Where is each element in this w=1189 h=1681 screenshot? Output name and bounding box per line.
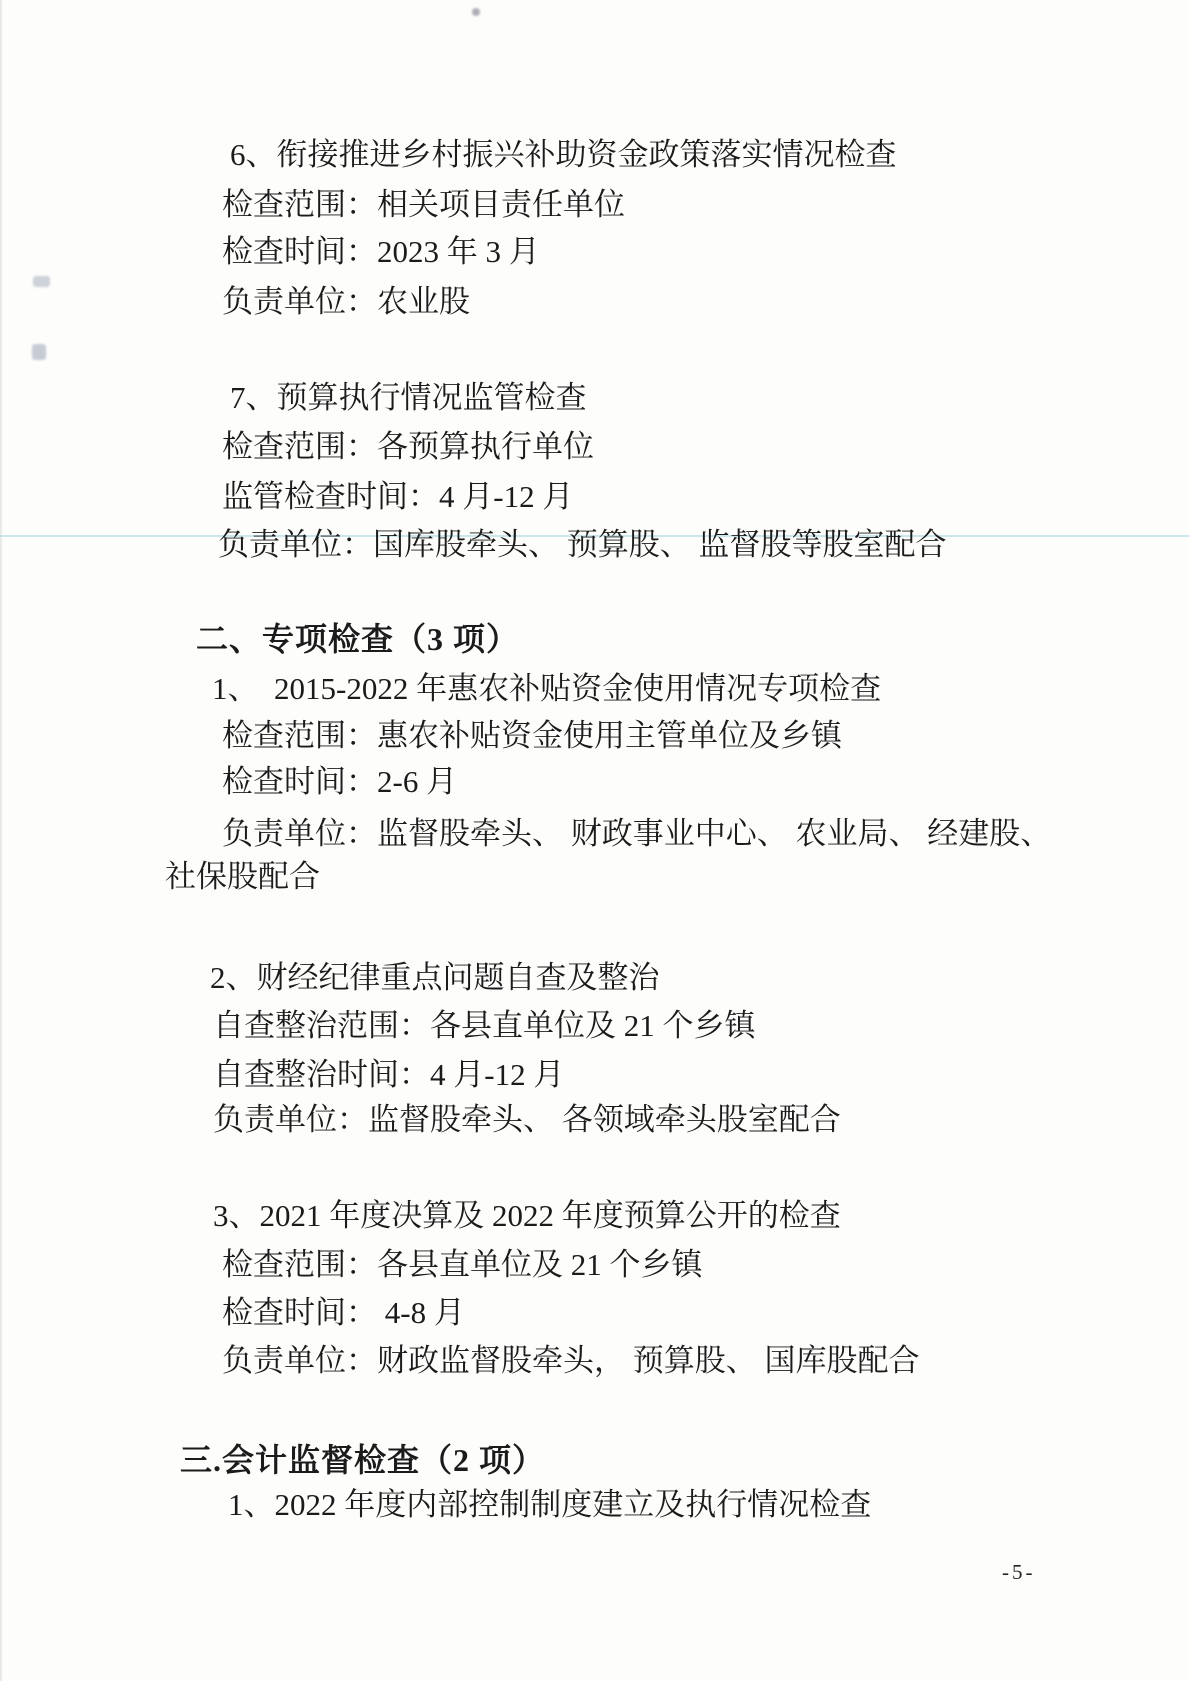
- item-7-title: 7、预算执行情况监管检查: [230, 380, 587, 416]
- accounting-item-1-title: 1、2022 年度内部控制制度建立及执行情况检查: [228, 1487, 871, 1523]
- special-item-2-time: 自查整治时间：4 月-12 月: [213, 1057, 564, 1093]
- special-item-3-time: 检查时间： 4-8 月: [222, 1295, 465, 1331]
- item-6-time: 检查时间：2023 年 3 月: [222, 234, 540, 270]
- section-3-heading: 三.会计监督检查（2 项）: [180, 1442, 545, 1478]
- item-7-scope: 检查范围：各预算执行单位: [222, 429, 594, 465]
- special-item-1-time: 检查时间：2-6 月: [222, 764, 457, 800]
- page-number: -5-: [1002, 1560, 1036, 1585]
- special-item-3-unit: 负责单位：财政监督股牵头， 预算股、 国库股配合: [222, 1343, 920, 1379]
- section-2-heading: 二、专项检查（3 项）: [196, 621, 519, 657]
- document-page: 6、衔接推进乡村振兴补助资金政策落实情况检查 检查范围：相关项目责任单位 检查时…: [0, 0, 1189, 1681]
- special-item-1-title: 1、 2015-2022 年惠农补贴资金使用情况专项检查: [212, 671, 881, 707]
- special-item-1-unit-wrap: 社保股配合: [165, 859, 320, 895]
- special-item-3-scope: 检查范围：各县直单位及 21 个乡镇: [222, 1247, 703, 1283]
- scan-page-edge: [0, 0, 3, 1681]
- scan-speck: [472, 8, 480, 16]
- item-6-unit: 负责单位：农业股: [222, 284, 470, 320]
- special-item-1-scope: 检查范围：惠农补贴资金使用主管单位及乡镇: [222, 718, 842, 754]
- scan-speck: [33, 276, 50, 287]
- item-6-title: 6、衔接推进乡村振兴补助资金政策落实情况检查: [230, 137, 897, 173]
- special-item-2-scope: 自查整治范围：各县直单位及 21 个乡镇: [213, 1008, 756, 1044]
- special-item-2-unit: 负责单位：监督股牵头、 各领域牵头股室配合: [213, 1102, 841, 1138]
- scan-speck: [32, 344, 46, 360]
- special-item-2-title: 2、财经纪律重点问题自查及整治: [210, 960, 660, 996]
- item-7-time: 监管检查时间：4 月-12 月: [222, 479, 573, 515]
- item-6-scope: 检查范围：相关项目责任单位: [222, 187, 625, 223]
- special-item-1-unit: 负责单位：监督股牵头、 财政事业中心、 农业局、 经建股、: [222, 816, 1051, 852]
- item-7-unit: 负责单位：国库股牵头、 预算股、 监督股等股室配合: [218, 527, 947, 563]
- special-item-3-title: 3、2021 年度决算及 2022 年度预算公开的检查: [213, 1198, 841, 1234]
